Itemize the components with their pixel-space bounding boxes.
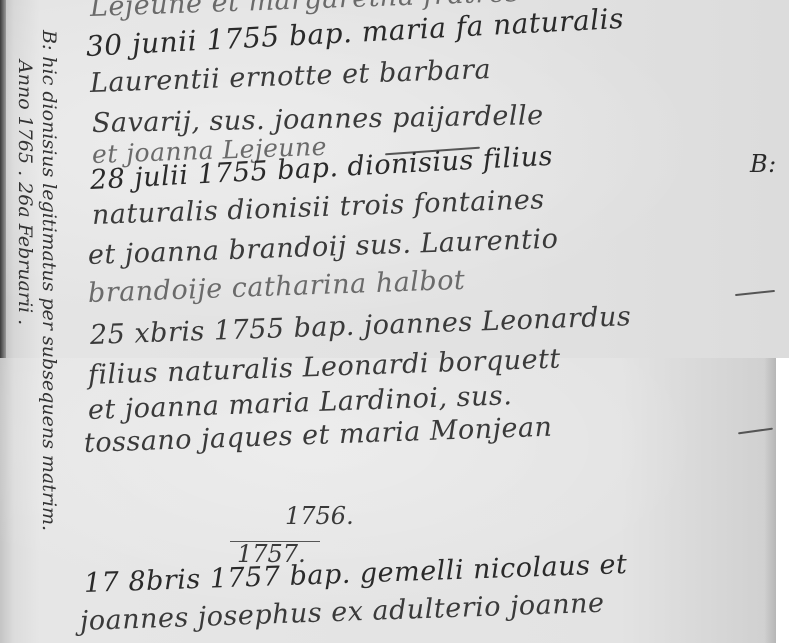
margin-note-date: Anno 1765 . 26a Februarii . bbox=[14, 60, 36, 325]
margin-note-legitimation: B: hic dionisius legitimatus per subsequ… bbox=[38, 30, 60, 531]
entry-2-marginal-mark: B: bbox=[750, 150, 777, 178]
manuscript-page: B: hic dionisius legitimatus per subsequ… bbox=[0, 0, 789, 643]
year-header-1756: 1756. bbox=[285, 502, 354, 530]
page-edge-shadow bbox=[764, 358, 776, 643]
binding-edge bbox=[0, 0, 6, 358]
